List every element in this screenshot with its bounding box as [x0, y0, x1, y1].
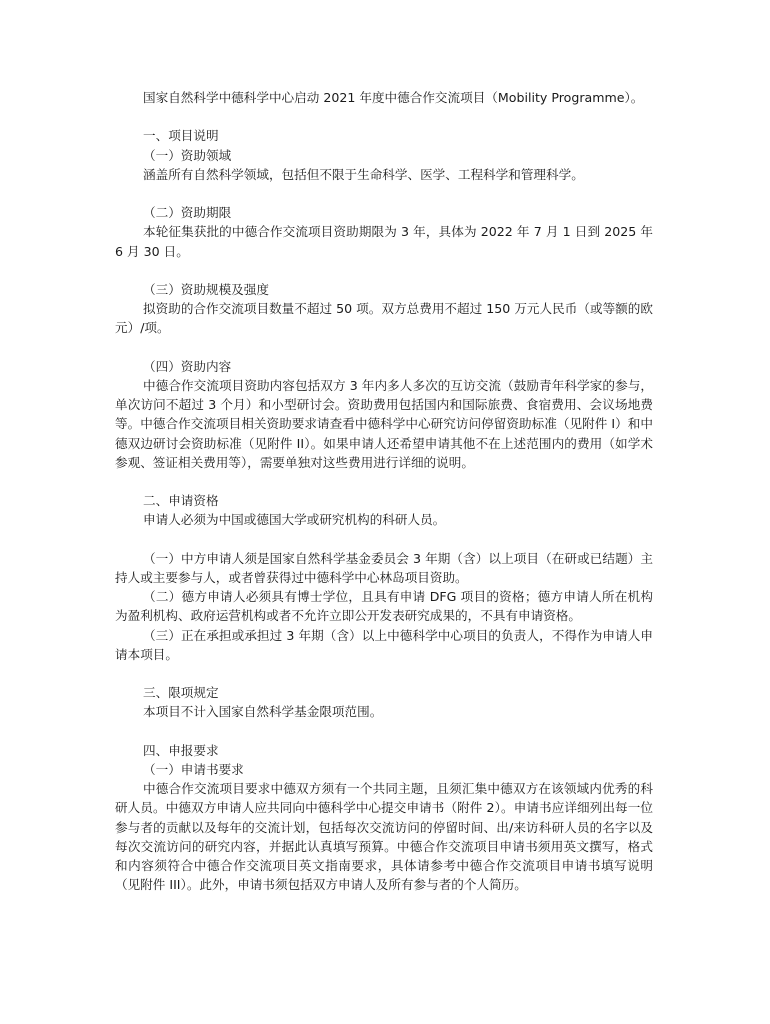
subsection-body: 涵盖所有自然科学领域，包括但不限于生命科学、医学、工程科学和管理科学。 [115, 165, 653, 184]
subsection-title: （一）申请书要求 [115, 760, 653, 779]
section-body: 申请人必须为中国或德国大学或研究机构的科研人员。 [115, 510, 653, 529]
document-page: 国家自然科学中德科学中心启动 2021 年度中德合作交流项目（Mobility … [115, 88, 653, 894]
subsection-title: （二）资助期限 [115, 203, 653, 222]
section-heading-1: 一、项目说明 [115, 126, 653, 145]
eligibility-item: （一）中方申请人须是国家自然科学基金委员会 3 年期（含）以上项目（在研或已结题… [115, 549, 653, 587]
eligibility-item: （三）正在承担或承担过 3 年期（含）以上中德科学中心项目的负责人，不得作为申请… [115, 626, 653, 664]
section-body: 本项目不计入国家自然科学基金限项范围。 [115, 702, 653, 721]
subsection-title: （一）资助领域 [115, 146, 653, 165]
subsection-body: 拟资助的合作交流项目数量不超过 50 项。双方总费用不超过 150 万元人民币（… [115, 299, 653, 337]
subsection-title: （三）资助规模及强度 [115, 280, 653, 299]
eligibility-item: （二）德方申请人必须具有博士学位，且具有申请 DFG 项目的资格；德方申请人所在… [115, 587, 653, 625]
spacer [115, 338, 653, 357]
spacer [115, 530, 653, 549]
subsection-body: 本轮征集获批的中德合作交流项目资助期限为 3 年，具体为 2022 年 7 月 … [115, 222, 653, 260]
spacer [115, 722, 653, 741]
subsection-body: 中德合作交流项目资助内容包括双方 3 年内多人多次的互访交流（鼓励青年科学家的参… [115, 376, 653, 472]
intro-paragraph: 国家自然科学中德科学中心启动 2021 年度中德合作交流项目（Mobility … [115, 88, 653, 107]
spacer [115, 472, 653, 491]
spacer [115, 107, 653, 126]
section-heading-4: 四、申报要求 [115, 741, 653, 760]
subsection-title: （四）资助内容 [115, 357, 653, 376]
section-heading-2: 二、申请资格 [115, 491, 653, 510]
spacer [115, 261, 653, 280]
spacer [115, 184, 653, 203]
spacer [115, 664, 653, 683]
section-heading-3: 三、限项规定 [115, 683, 653, 702]
subsection-body: 中德合作交流项目要求中德双方须有一个共同主题，且须汇集中德双方在该领域内优秀的科… [115, 779, 653, 894]
